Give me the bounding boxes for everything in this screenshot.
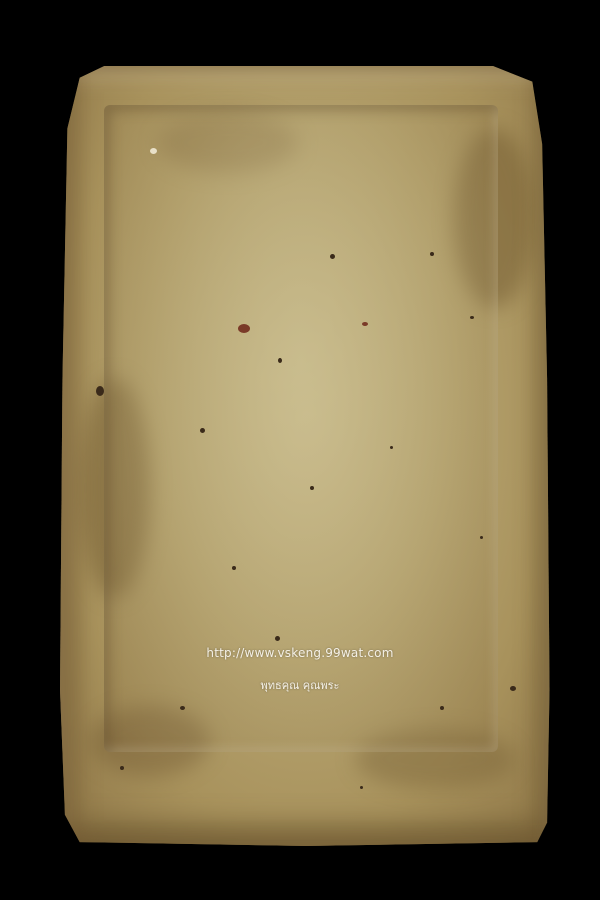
inclusion: [96, 386, 104, 396]
inclusion: [362, 322, 368, 326]
inclusion: [275, 636, 280, 641]
photo-background: http://www.vskeng.99wat.com พุทธคุณ คุณพ…: [0, 0, 600, 900]
inclusion: [310, 486, 314, 490]
watermark-url: http://www.vskeng.99wat.com: [0, 646, 600, 660]
watermark-thai-text: พุทธคุณ คุณพระ: [0, 676, 600, 694]
inclusion: [150, 148, 157, 154]
inclusion: [180, 706, 185, 710]
inclusion: [330, 254, 335, 259]
inclusion: [278, 358, 282, 363]
inclusion: [440, 706, 444, 710]
inclusion: [232, 566, 236, 570]
inclusion: [238, 324, 250, 333]
inclusion: [200, 428, 205, 433]
inclusion: [360, 786, 363, 789]
amulet-rim: [60, 66, 552, 846]
inclusion: [430, 252, 434, 256]
amulet-tablet: [60, 66, 552, 846]
inclusion: [480, 536, 483, 539]
inclusion: [120, 766, 124, 770]
inclusion: [470, 316, 474, 319]
inclusion: [390, 446, 393, 449]
